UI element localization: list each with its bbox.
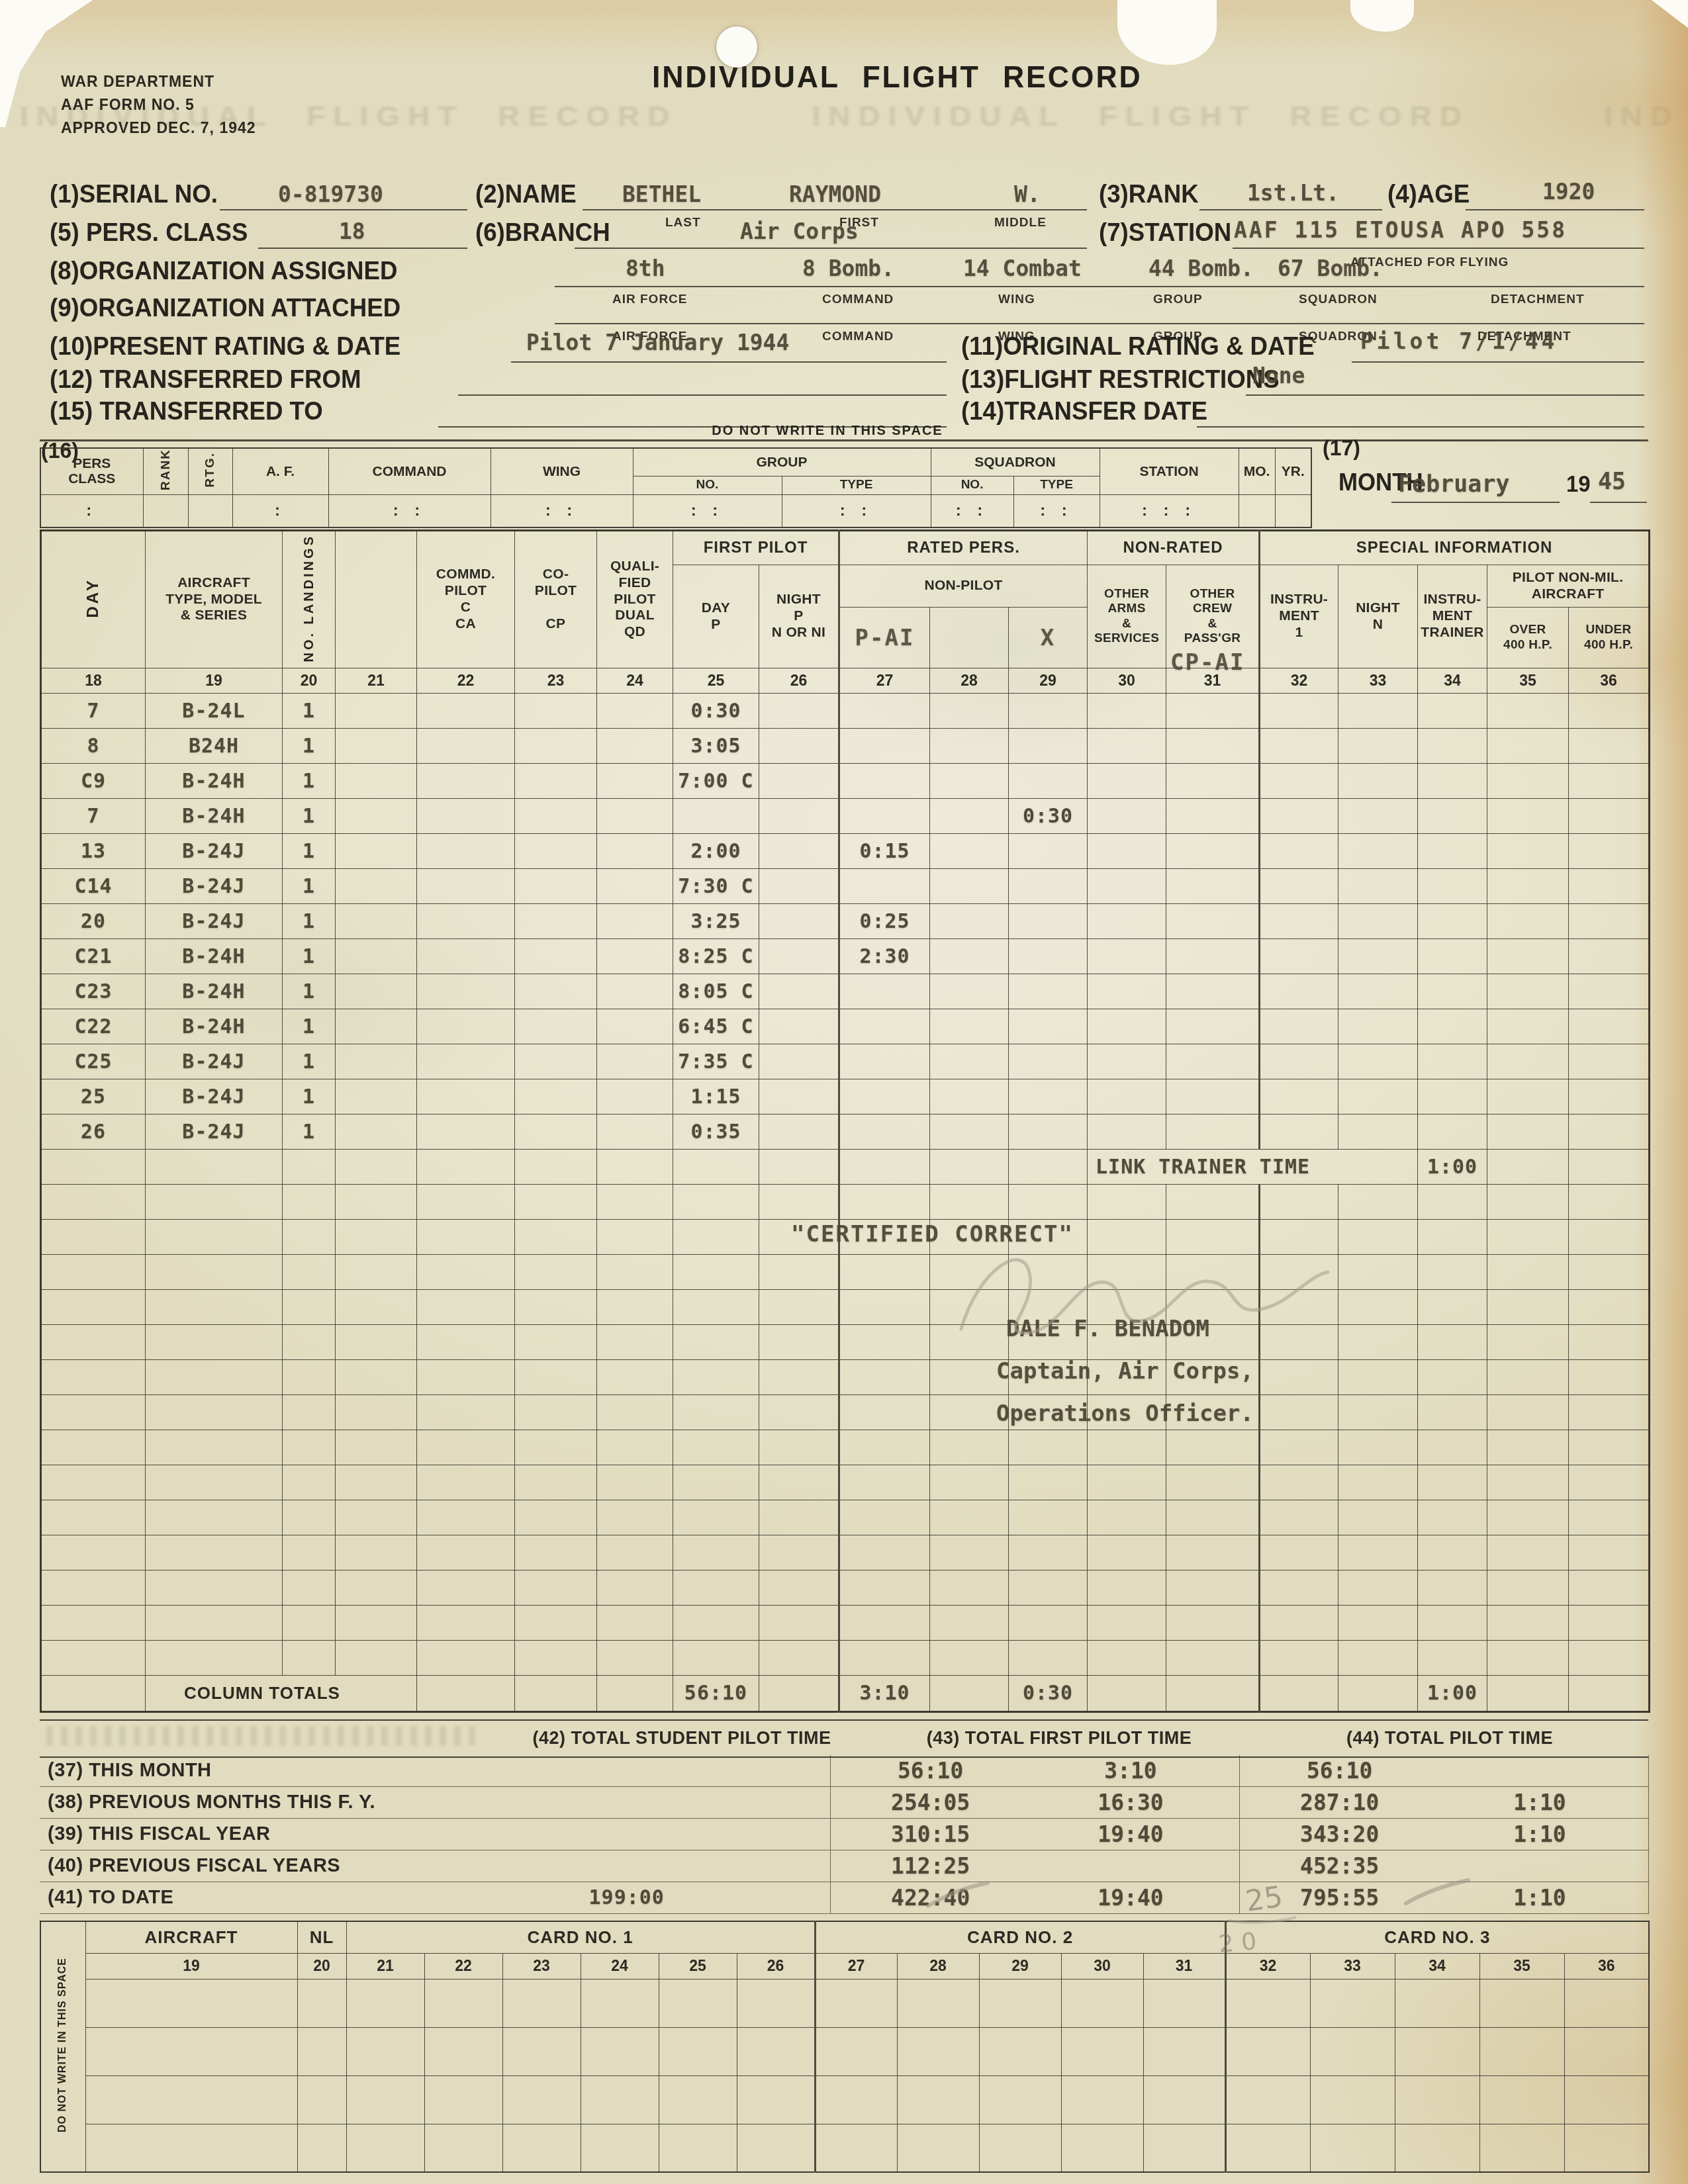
- card-cell: [502, 2027, 581, 2075]
- flight-cell: [673, 1325, 759, 1360]
- card-cell: [659, 2075, 737, 2124]
- s16-group-no-header: NO.: [633, 476, 782, 494]
- flight-cell: 3:25: [673, 904, 759, 939]
- column-number: 18: [41, 668, 146, 694]
- s16-entry-cell: :: [232, 494, 328, 527]
- flight-cell: [515, 1115, 597, 1150]
- column-total-cell: [1166, 1676, 1260, 1712]
- flight-cell: [930, 1500, 1009, 1535]
- s16-squadron-header: SQUADRON: [931, 448, 1100, 476]
- flight-cell: [839, 1150, 930, 1185]
- flight-cell: [417, 939, 515, 974]
- blank-row: [41, 1465, 1650, 1500]
- card-cell: [581, 2027, 659, 2075]
- org-sub-command: COMMAND: [822, 293, 894, 307]
- flight-cell: 0:25: [839, 904, 930, 939]
- flight-cell: [417, 869, 515, 904]
- flight-cell: [930, 1325, 1009, 1360]
- flight-cell: [597, 1570, 673, 1606]
- org-assigned-line: [555, 286, 1644, 287]
- column-total-cell: [759, 1676, 839, 1712]
- flight-cell: [930, 729, 1009, 764]
- flight-cell: [1166, 974, 1260, 1009]
- flight-cell: [515, 1220, 597, 1255]
- flight-cell: [673, 1185, 759, 1220]
- flight-cell: [1088, 1430, 1166, 1465]
- flight-cell: [930, 1044, 1009, 1079]
- flight-cell: [1260, 1360, 1338, 1395]
- flight-cell: [336, 904, 417, 939]
- flight-cell: [1418, 1465, 1487, 1500]
- flight-cell: [1487, 1606, 1569, 1641]
- flight-cell: [1166, 1220, 1260, 1255]
- flight-cell: [839, 1500, 930, 1535]
- station-label: (7)STATION: [1099, 218, 1231, 248]
- flight-cell: [1569, 1430, 1650, 1465]
- flight-cell: [597, 1535, 673, 1570]
- station-value: AAF 115 ETOUSA APO 558: [1234, 217, 1567, 243]
- flight-cell: [1260, 1325, 1338, 1360]
- card-column-number: 21: [346, 1953, 424, 1979]
- card-cell: [297, 1979, 346, 2027]
- flight-cell: [417, 1079, 515, 1115]
- flight-cell: [283, 1255, 336, 1290]
- column-total-cell: 56:10: [673, 1676, 759, 1712]
- flight-cell: [673, 1430, 759, 1465]
- flight-cell: [1009, 1009, 1088, 1044]
- card-cell: [1225, 1979, 1310, 2027]
- flight-cell: [1338, 869, 1418, 904]
- flight-cell: [1569, 799, 1650, 834]
- flight-cell: [1338, 904, 1418, 939]
- flight-cell: [759, 1430, 839, 1465]
- total-student-value: [424, 1755, 830, 1787]
- card-cell: [1061, 2075, 1143, 2124]
- flight-cell: [1338, 974, 1418, 1009]
- flight-cell: [597, 1009, 673, 1044]
- flight-cell: [336, 1079, 417, 1115]
- flight-cell: [336, 1465, 417, 1500]
- flight-cell: [336, 799, 417, 834]
- flight-cell: [1487, 1500, 1569, 1535]
- flight-cell: [1009, 1570, 1088, 1606]
- flight-cell: [1418, 799, 1487, 834]
- blank-row: [41, 1290, 1650, 1325]
- total-first-pilot-cell: 56:103:10: [830, 1755, 1239, 1787]
- column-number: 34: [1418, 668, 1487, 694]
- column-number: 35: [1487, 668, 1569, 694]
- flight-cell: [417, 1465, 515, 1500]
- flight-cell: [146, 1430, 283, 1465]
- name-sub-last: LAST: [665, 216, 701, 230]
- blank-row: [41, 1185, 1650, 1220]
- flight-cell: [839, 1255, 930, 1290]
- blank-row: [41, 1430, 1650, 1465]
- flight-cell: [1166, 904, 1260, 939]
- flight-cell: [1088, 1535, 1166, 1570]
- flight-cell: [759, 939, 839, 974]
- flight-cell: [1166, 799, 1260, 834]
- flight-cell: [417, 904, 515, 939]
- column-total-cell: [930, 1676, 1009, 1712]
- first-pilot-night-value: 19:40: [1031, 1821, 1231, 1847]
- flight-cell: [41, 1360, 146, 1395]
- flight-cell: [1088, 1009, 1166, 1044]
- total-pilot-cell: 343:201:10: [1239, 1819, 1648, 1850]
- flight-cell: [1487, 1150, 1569, 1185]
- flight-cell: [283, 1150, 336, 1185]
- card-cell: [297, 2027, 346, 2075]
- flight-cell: [1009, 1044, 1088, 1079]
- flight-cell: [515, 729, 597, 764]
- flight-cell: [1009, 1185, 1088, 1220]
- flight-cell: [336, 1606, 417, 1641]
- flight-cell: [1166, 1641, 1260, 1676]
- flight-cell: [1009, 1430, 1088, 1465]
- flight-cell: [336, 1500, 417, 1535]
- flight-cell: [283, 1430, 336, 1465]
- s16-command-header: COMMAND: [328, 448, 491, 494]
- flight-cell: B-24H: [146, 764, 283, 799]
- s16-group-type-header: TYPE: [782, 476, 931, 494]
- s16-entry-cell: : :: [328, 494, 491, 527]
- flight-cell: C14: [41, 869, 146, 904]
- flight-cell: [759, 974, 839, 1009]
- first-pilot-night-value: 19:40: [1031, 1885, 1231, 1911]
- flight-cell: [1260, 1009, 1338, 1044]
- flight-cell: [1569, 1115, 1650, 1150]
- card-cell: [979, 2075, 1061, 2124]
- flight-cell: [1166, 764, 1260, 799]
- serial-no-value: 0-819730: [278, 181, 383, 207]
- first-pilot-day-value: 56:10: [831, 1758, 1031, 1784]
- flight-cell: [930, 1465, 1009, 1500]
- flight-cell: [1487, 1535, 1569, 1570]
- flight-cell: [759, 729, 839, 764]
- column-number: 29: [1009, 668, 1088, 694]
- flight-cell: [839, 869, 930, 904]
- card-cell: [1564, 2027, 1649, 2075]
- flight-cell: [417, 1220, 515, 1255]
- flight-cell: [515, 1606, 597, 1641]
- flight-cell: [759, 1535, 839, 1570]
- cards-do-not-write: DO NOT WRITE IN THIS SPACE: [40, 1921, 85, 2172]
- flight-cell: [515, 1500, 597, 1535]
- org-sub-detachment: DETACHMENT: [1491, 293, 1585, 307]
- flight-cell: [1260, 869, 1338, 904]
- flight-restrictions-value: None: [1252, 363, 1305, 388]
- flight-cell: [597, 799, 673, 834]
- first-pilot-night-value: 3:10: [1031, 1758, 1231, 1784]
- flight-row: C22B-24H16:45 C: [41, 1009, 1650, 1044]
- card-cell: [346, 2027, 424, 2075]
- card-cell: [1479, 2027, 1564, 2075]
- total-student-value: [424, 1787, 830, 1819]
- flight-cell: [146, 1255, 283, 1290]
- name-sub-middle: MIDDLE: [994, 216, 1047, 230]
- flight-cell: [417, 834, 515, 869]
- flight-cell: 2:00: [673, 834, 759, 869]
- card-cell: [897, 1979, 979, 2027]
- blank-row: [41, 1535, 1650, 1570]
- pers-class-value: 18: [339, 218, 365, 244]
- rank-value: 1st.Lt.: [1247, 180, 1339, 206]
- first-pilot-day-value: 112:25: [831, 1853, 1031, 1879]
- flight-cell: [1260, 799, 1338, 834]
- flight-row: 13B-24J12:000:15: [41, 834, 1650, 869]
- flight-cell: [1009, 974, 1088, 1009]
- flight-cell: [1418, 1325, 1487, 1360]
- flight-row: 25B-24J11:15: [41, 1079, 1650, 1115]
- column-number: 33: [1338, 668, 1418, 694]
- month-line: [1391, 502, 1560, 503]
- s16-entry-cell: : :: [782, 494, 931, 527]
- flight-cell: [1088, 904, 1166, 939]
- flight-cell: [1487, 834, 1569, 869]
- flight-cell: [1088, 1044, 1166, 1079]
- flight-cell: [930, 1150, 1009, 1185]
- day-header: DAY: [41, 531, 146, 668]
- flight-cell: [1418, 834, 1487, 869]
- flight-cell: [759, 1641, 839, 1676]
- flight-cell: [930, 1641, 1009, 1676]
- flight-cell: [41, 1150, 146, 1185]
- flight-cell: [417, 729, 515, 764]
- flight-cell: 0:15: [839, 834, 930, 869]
- blank-row: [41, 1606, 1650, 1641]
- flight-cell: [1088, 1500, 1166, 1535]
- card-cell: [502, 2075, 581, 2124]
- flight-cell: [1487, 1290, 1569, 1325]
- section-divider-rule: [40, 439, 1648, 441]
- flight-cell: [41, 1641, 146, 1676]
- card-cell: [1310, 2124, 1395, 2172]
- blank-row: [41, 1570, 1650, 1606]
- flight-cell: [1088, 869, 1166, 904]
- flight-cell: [515, 869, 597, 904]
- flight-cell: [759, 1395, 839, 1430]
- card-cell: [346, 2124, 424, 2172]
- flight-record-table: DAY AIRCRAFT TYPE, MODEL & SERIES NO. LA…: [40, 529, 1650, 1713]
- card-cell: [659, 2124, 737, 2172]
- flight-cell: [1487, 1325, 1569, 1360]
- flight-cell: [759, 1500, 839, 1535]
- column-number: 23: [515, 668, 597, 694]
- flight-cell: [1338, 1185, 1418, 1220]
- flight-cell: [1487, 1009, 1569, 1044]
- flight-cell: [1338, 834, 1418, 869]
- card-cell: [1564, 2124, 1649, 2172]
- present-rating-line: [511, 361, 947, 363]
- flight-cell: [146, 1325, 283, 1360]
- flight-cell: [759, 1115, 839, 1150]
- org-assigned-wing: 14 Combat: [963, 255, 1082, 281]
- flight-cell: [1088, 1255, 1166, 1290]
- flight-cell: [1338, 764, 1418, 799]
- flight-cell: [759, 1465, 839, 1500]
- flight-row: C25B-24J17:35 C: [41, 1044, 1650, 1079]
- totals-row: (40) PREVIOUS FISCAL YEARS112:25452:35: [40, 1850, 1648, 1882]
- flight-cell: [673, 1395, 759, 1430]
- flight-cell: [759, 1606, 839, 1641]
- pilot-time-value: 795:55: [1240, 1885, 1440, 1911]
- flight-cell: [336, 694, 417, 729]
- flight-cell: [1569, 1500, 1650, 1535]
- present-rating-value: Pilot 7 January 1944: [526, 330, 789, 355]
- flight-cell: 1: [283, 1079, 336, 1115]
- flight-cell: 6:45 C: [673, 1009, 759, 1044]
- flight-cell: [146, 1570, 283, 1606]
- flight-cell: [1260, 1255, 1338, 1290]
- flight-row: C9B-24H17:00 C: [41, 764, 1650, 799]
- flight-cell: [597, 904, 673, 939]
- s16-entry-cell: [143, 494, 188, 527]
- first-pilot-day-value: 254:05: [831, 1790, 1031, 1815]
- card-cell: [85, 2075, 297, 2124]
- flight-cell: [1088, 1570, 1166, 1606]
- flight-cell: [1569, 1641, 1650, 1676]
- flight-cell: [597, 694, 673, 729]
- total-first-pilot-cell: 112:25: [830, 1850, 1239, 1882]
- column-number: 28: [930, 668, 1009, 694]
- card-column-number: 20: [297, 1953, 346, 1979]
- card-cell: [424, 2075, 502, 2124]
- branch-value: Air Corps: [740, 218, 859, 244]
- column-total-cell: 0:30: [1009, 1676, 1088, 1712]
- flight-restrictions-line: [1246, 394, 1644, 396]
- flight-cell: [673, 1290, 759, 1325]
- flight-row: 7B-24L10:30: [41, 694, 1650, 729]
- flight-cell: [1260, 1044, 1338, 1079]
- flight-cell: [417, 1044, 515, 1079]
- flight-cell: 2:30: [839, 939, 930, 974]
- commd-pilot-header: COMMD. PILOT C CA: [417, 531, 515, 668]
- flight-cell: [597, 1150, 673, 1185]
- flight-cell: [1009, 1535, 1088, 1570]
- flight-cell: [515, 799, 597, 834]
- card-blank-row: [40, 2075, 1649, 2124]
- flight-cell: [41, 1465, 146, 1500]
- column-totals-row: COLUMN TOTALS56:103:100:301:00: [41, 1676, 1650, 1712]
- flight-cell: [1088, 834, 1166, 869]
- card-cell: [424, 2027, 502, 2075]
- flight-cell: [1088, 939, 1166, 974]
- flight-cell: [839, 1430, 930, 1465]
- card-column-number: 30: [1061, 1953, 1143, 1979]
- station-line: [1233, 248, 1644, 249]
- flight-cell: B-24J: [146, 1044, 283, 1079]
- flight-cell: [1166, 694, 1260, 729]
- special-info-header: SPECIAL INFORMATION: [1260, 531, 1650, 565]
- signature-rank: Captain, Air Corps,: [996, 1358, 1254, 1385]
- column-total-cell: [417, 1676, 515, 1712]
- non-rated-header: NON-RATED: [1088, 531, 1260, 565]
- flight-cell: 7:00 C: [673, 764, 759, 799]
- p-ai-stamp: P-AI: [855, 625, 915, 651]
- flight-cell: [1088, 1079, 1166, 1115]
- first-pilot-header: FIRST PILOT: [673, 531, 839, 565]
- first-pilot-day-value: 310:15: [831, 1821, 1031, 1847]
- flight-cell: [1418, 694, 1487, 729]
- flight-cell: [1009, 1641, 1088, 1676]
- flight-cell: [1166, 729, 1260, 764]
- flight-cell: [1487, 869, 1569, 904]
- flight-cell: [146, 1290, 283, 1325]
- flight-cell: [1487, 1220, 1569, 1255]
- flight-cell: [417, 1360, 515, 1395]
- flight-cell: [1418, 1360, 1487, 1395]
- flight-cell: [839, 694, 930, 729]
- flight-cell: [1487, 1641, 1569, 1676]
- flight-cell: 1: [283, 1115, 336, 1150]
- flight-cell: [1418, 1535, 1487, 1570]
- flight-cell: [930, 1606, 1009, 1641]
- flight-cell: [839, 1641, 930, 1676]
- total-student-value: 199:00: [424, 1882, 830, 1914]
- flight-row: 7B-24H10:30: [41, 799, 1650, 834]
- flight-cell: 3:05: [673, 729, 759, 764]
- flight-restrictions-label: (13)FLIGHT RESTRICTIONS: [961, 365, 1280, 394]
- flight-cell: 1: [283, 799, 336, 834]
- flight-cell: [1418, 1570, 1487, 1606]
- flight-cell: [336, 729, 417, 764]
- name-first-value: RAYMOND: [789, 181, 881, 207]
- flight-cell: [597, 1255, 673, 1290]
- flight-cell: [417, 1395, 515, 1430]
- card-cell: [297, 2075, 346, 2124]
- flight-cell: [930, 834, 1009, 869]
- column-total-cell: 3:10: [839, 1676, 930, 1712]
- flight-cell: [1487, 1430, 1569, 1465]
- original-rating-line: [1352, 361, 1644, 363]
- flight-row: C14B-24J17:30 C: [41, 869, 1650, 904]
- link-trainer-value: 1:00: [1418, 1150, 1487, 1185]
- under-400-header: UNDER 400 H.P.: [1569, 608, 1650, 668]
- card2-header: CARD NO. 2: [815, 1921, 1225, 1953]
- flight-cell: 8:25 C: [673, 939, 759, 974]
- flight-cell: [336, 1115, 417, 1150]
- flight-cell: [146, 1150, 283, 1185]
- s16-entry-cell: : : :: [1100, 494, 1239, 527]
- flight-cell: [1487, 1395, 1569, 1430]
- flight-cell: [1166, 1044, 1260, 1079]
- totals-row-label: (40) PREVIOUS FISCAL YEARS: [40, 1850, 424, 1882]
- s16-entry-cell: [1275, 494, 1311, 527]
- flight-cell: [1569, 1606, 1650, 1641]
- flight-cell: [417, 694, 515, 729]
- flight-cell: [930, 904, 1009, 939]
- card-cell: [1310, 2075, 1395, 2124]
- first-pilot-night-value: 16:30: [1031, 1790, 1231, 1815]
- flight-cell: B-24J: [146, 869, 283, 904]
- flight-cell: [673, 1150, 759, 1185]
- link-trainer-row: LINK TRAINER TIME1:00: [41, 1150, 1650, 1185]
- flight-cell: [1338, 694, 1418, 729]
- total-first-pilot-time-label: (43) TOTAL FIRST PILOT TIME: [861, 1728, 1258, 1749]
- flight-cell: B-24J: [146, 1115, 283, 1150]
- flight-cell: [1569, 1185, 1650, 1220]
- card-column-number: 26: [737, 1953, 815, 1979]
- card-cell: [815, 1979, 897, 2027]
- certified-correct-text: "CERTIFIED CORRECT": [791, 1221, 1074, 1248]
- flight-cell: C22: [41, 1009, 146, 1044]
- card-column-number: 23: [502, 1953, 581, 1979]
- flight-cell: [1009, 694, 1088, 729]
- flight-cell: [1009, 1079, 1088, 1115]
- card-column-number: 27: [815, 1953, 897, 1979]
- card-cell: [737, 1979, 815, 2027]
- flight-cell: [597, 1115, 673, 1150]
